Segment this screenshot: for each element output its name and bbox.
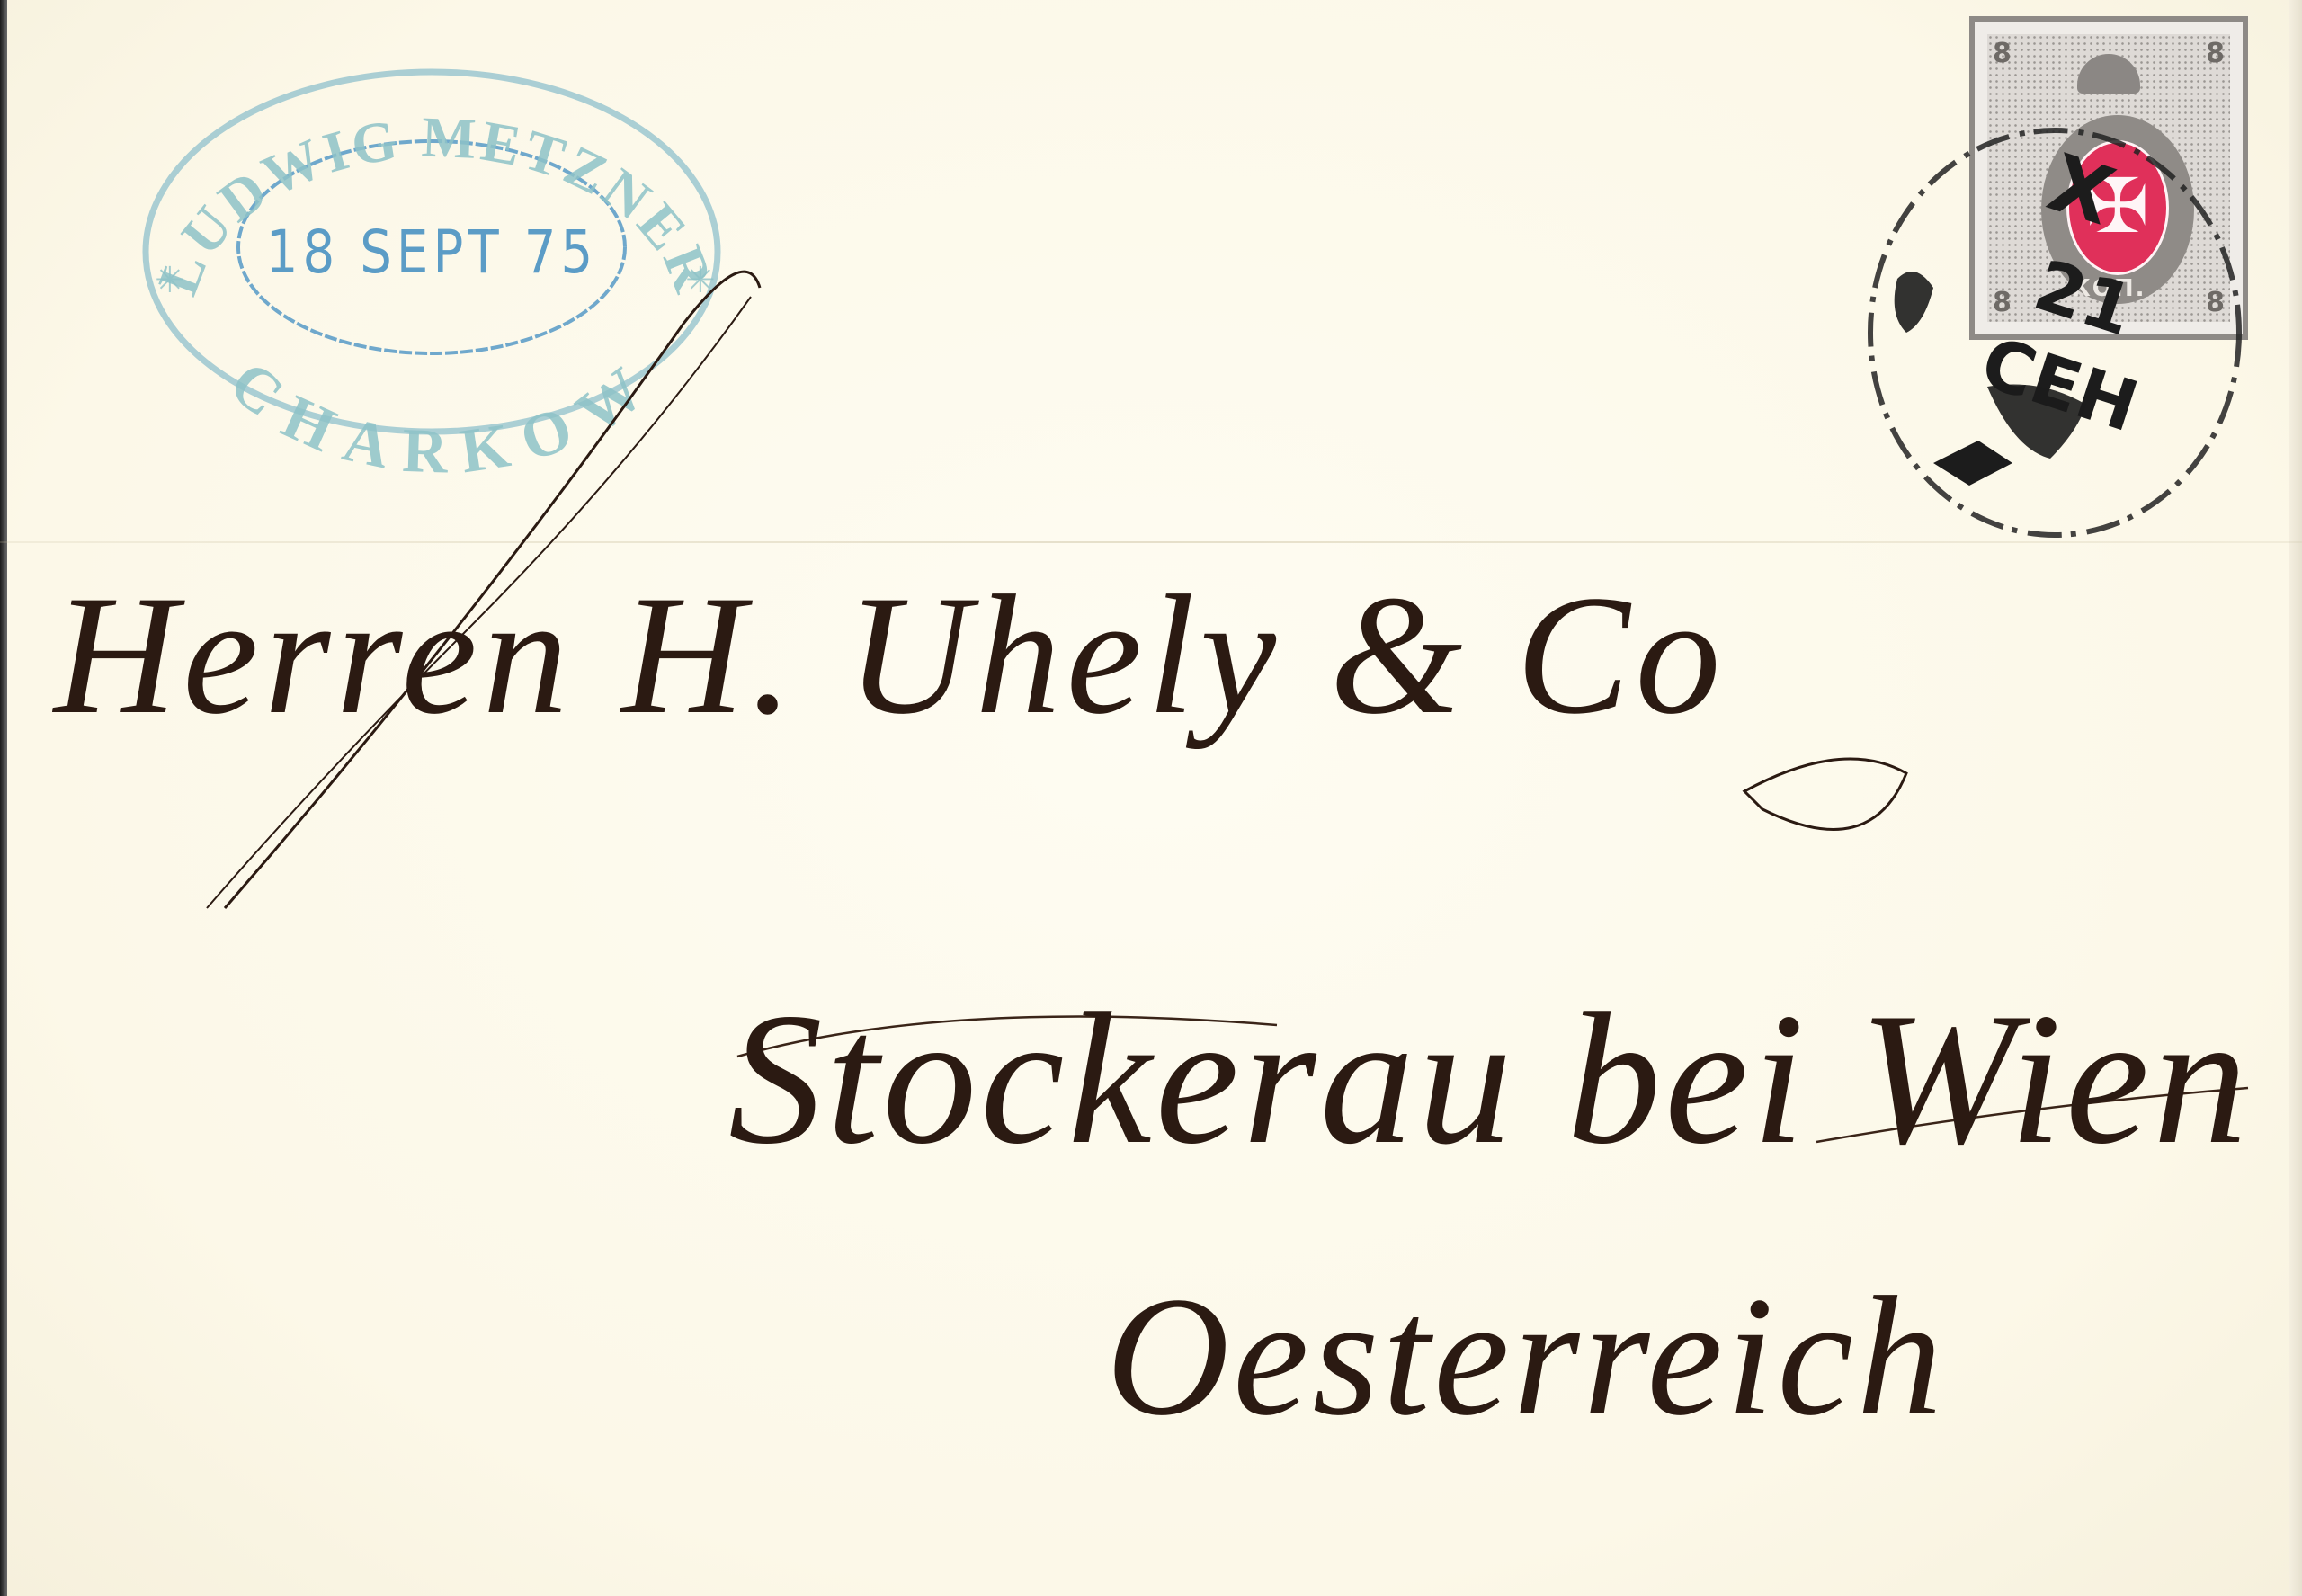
fold-line bbox=[0, 541, 2302, 543]
stamp-denomination: КОП. bbox=[1987, 275, 2230, 302]
postage-stamp: ✠ 8 8 8 8 КОП. bbox=[1969, 16, 2248, 340]
address-country: Oesterreich bbox=[1106, 1259, 1946, 1455]
svg-text:✳: ✳ bbox=[685, 260, 716, 301]
handstamp-bottom-text: CHARKOW bbox=[217, 348, 664, 487]
stamp-frame: ✠ 8 8 8 8 КОП. bbox=[1987, 34, 2230, 322]
sender-handstamp: LUDWIG METZNER CHARKOW ✳ ✳ 18 SEPT 75 bbox=[135, 63, 728, 441]
envelope-left-edge bbox=[0, 0, 7, 1596]
address-recipient: Herren H. Uhely & Co bbox=[54, 557, 1726, 753]
stamp-corner-value: 8 bbox=[2206, 38, 2225, 69]
postmark-month: СЕН bbox=[1972, 322, 2147, 448]
crown-icon bbox=[2077, 54, 2140, 94]
svg-text:CHARKOW: CHARKOW bbox=[217, 348, 664, 487]
address-city: Stockerau bei Wien bbox=[728, 971, 2251, 1188]
stamp-corner-value: 8 bbox=[1993, 38, 2012, 69]
handstamp-date: 18 SEPT 75 bbox=[180, 218, 684, 287]
envelope: LUDWIG METZNER CHARKOW ✳ ✳ 18 SEPT 75 ✠ … bbox=[0, 0, 2302, 1596]
envelope-right-edge bbox=[2289, 0, 2302, 1596]
stamp-center-oval: ✠ bbox=[2066, 140, 2169, 275]
double-headed-eagle-icon: ✠ bbox=[2069, 161, 2166, 251]
